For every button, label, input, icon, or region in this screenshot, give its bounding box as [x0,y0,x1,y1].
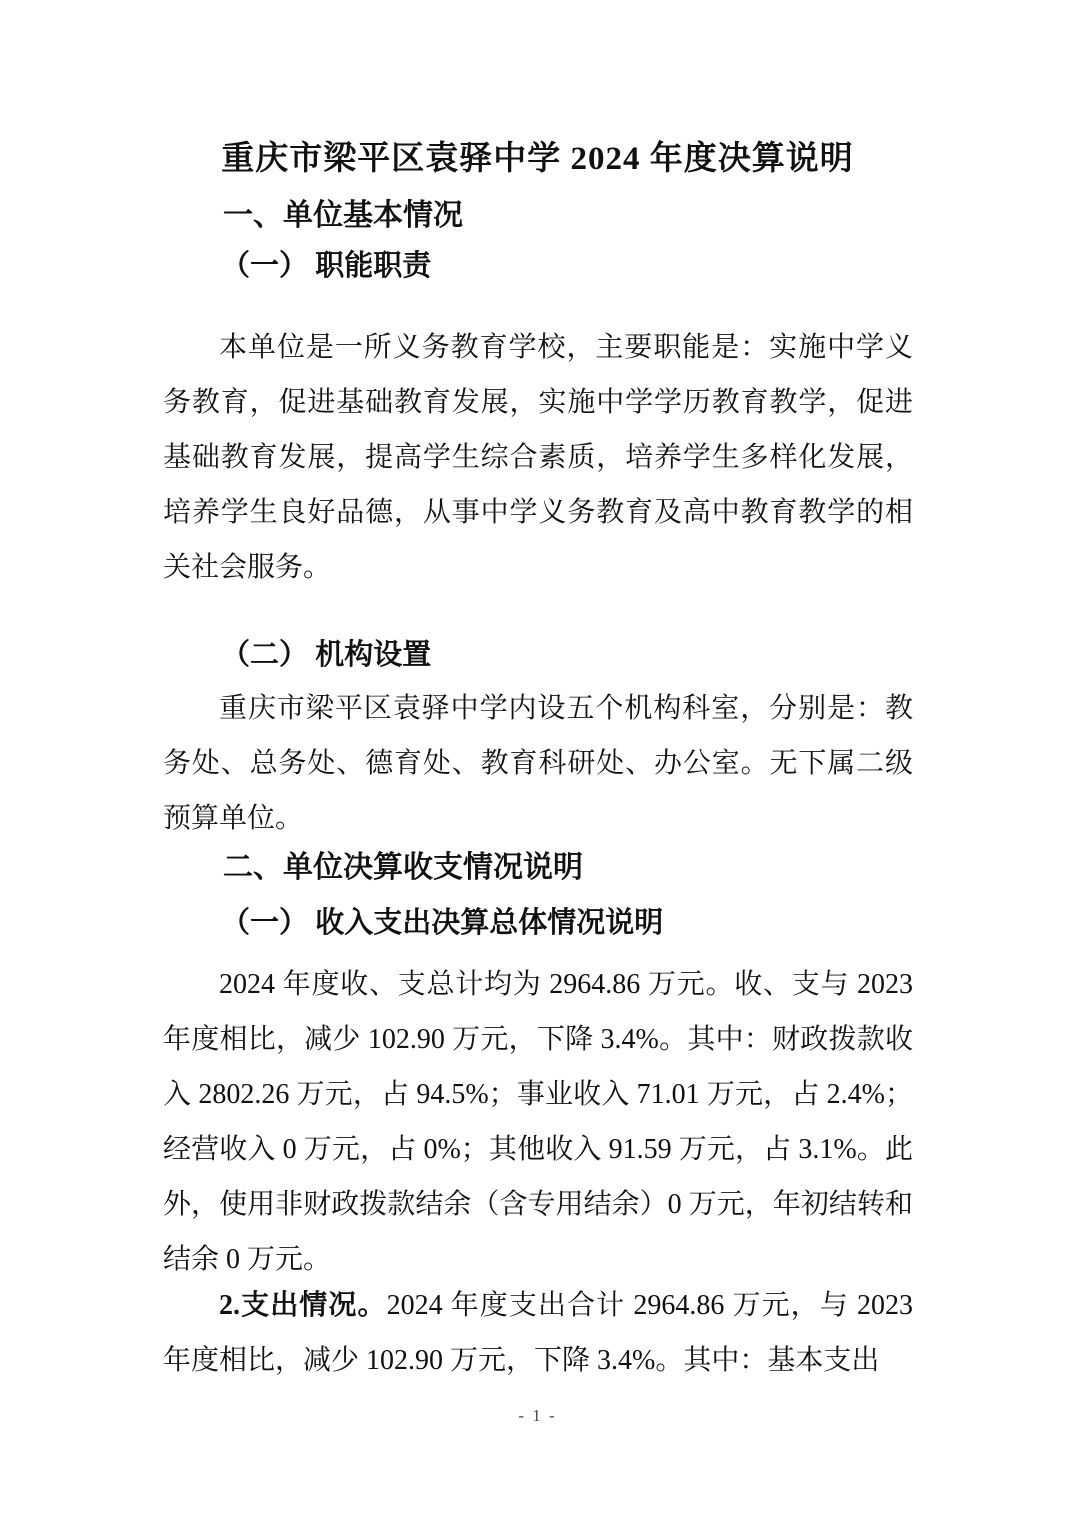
para-expenditure-lead: 2.支出情况。 [219,1290,387,1321]
heading-final-accounts-overview: 二、单位决算收支情况说明 [163,848,913,888]
heading-revenue-expenditure-overview: （一） 收入支出决算总体情况说明 [163,903,913,943]
para-functions-duties: 本单位是一所义务教育学校，主要职能是：实施中学义务教育，促进基础教育发展，实施中… [163,320,913,595]
page-number: - 1 - [0,1404,1075,1428]
heading-org-setup: （二） 机构设置 [163,635,913,675]
heading-unit-basic-info: 一、单位基本情况 [163,196,913,236]
heading-functions-duties: （一） 职能职责 [163,246,913,286]
para-revenue-overview: 2024 年度收、支总计均为 2964.86 万元。收、支与 2023 年度相比… [163,957,913,1287]
para-expenditure: 2.支出情况。2024 年度支出合计 2964.86 万元，与 2023 年度相… [163,1278,913,1388]
document-title: 重庆市梁平区袁驿中学 2024 年度决算说明 [0,136,1075,182]
para-org-setup: 重庆市梁平区袁驿中学内设五个机构科室，分别是：教务处、总务处、德育处、教育科研处… [163,681,913,846]
document-page: 重庆市梁平区袁驿中学 2024 年度决算说明 一、单位基本情况 （一） 职能职责… [0,0,1075,1520]
